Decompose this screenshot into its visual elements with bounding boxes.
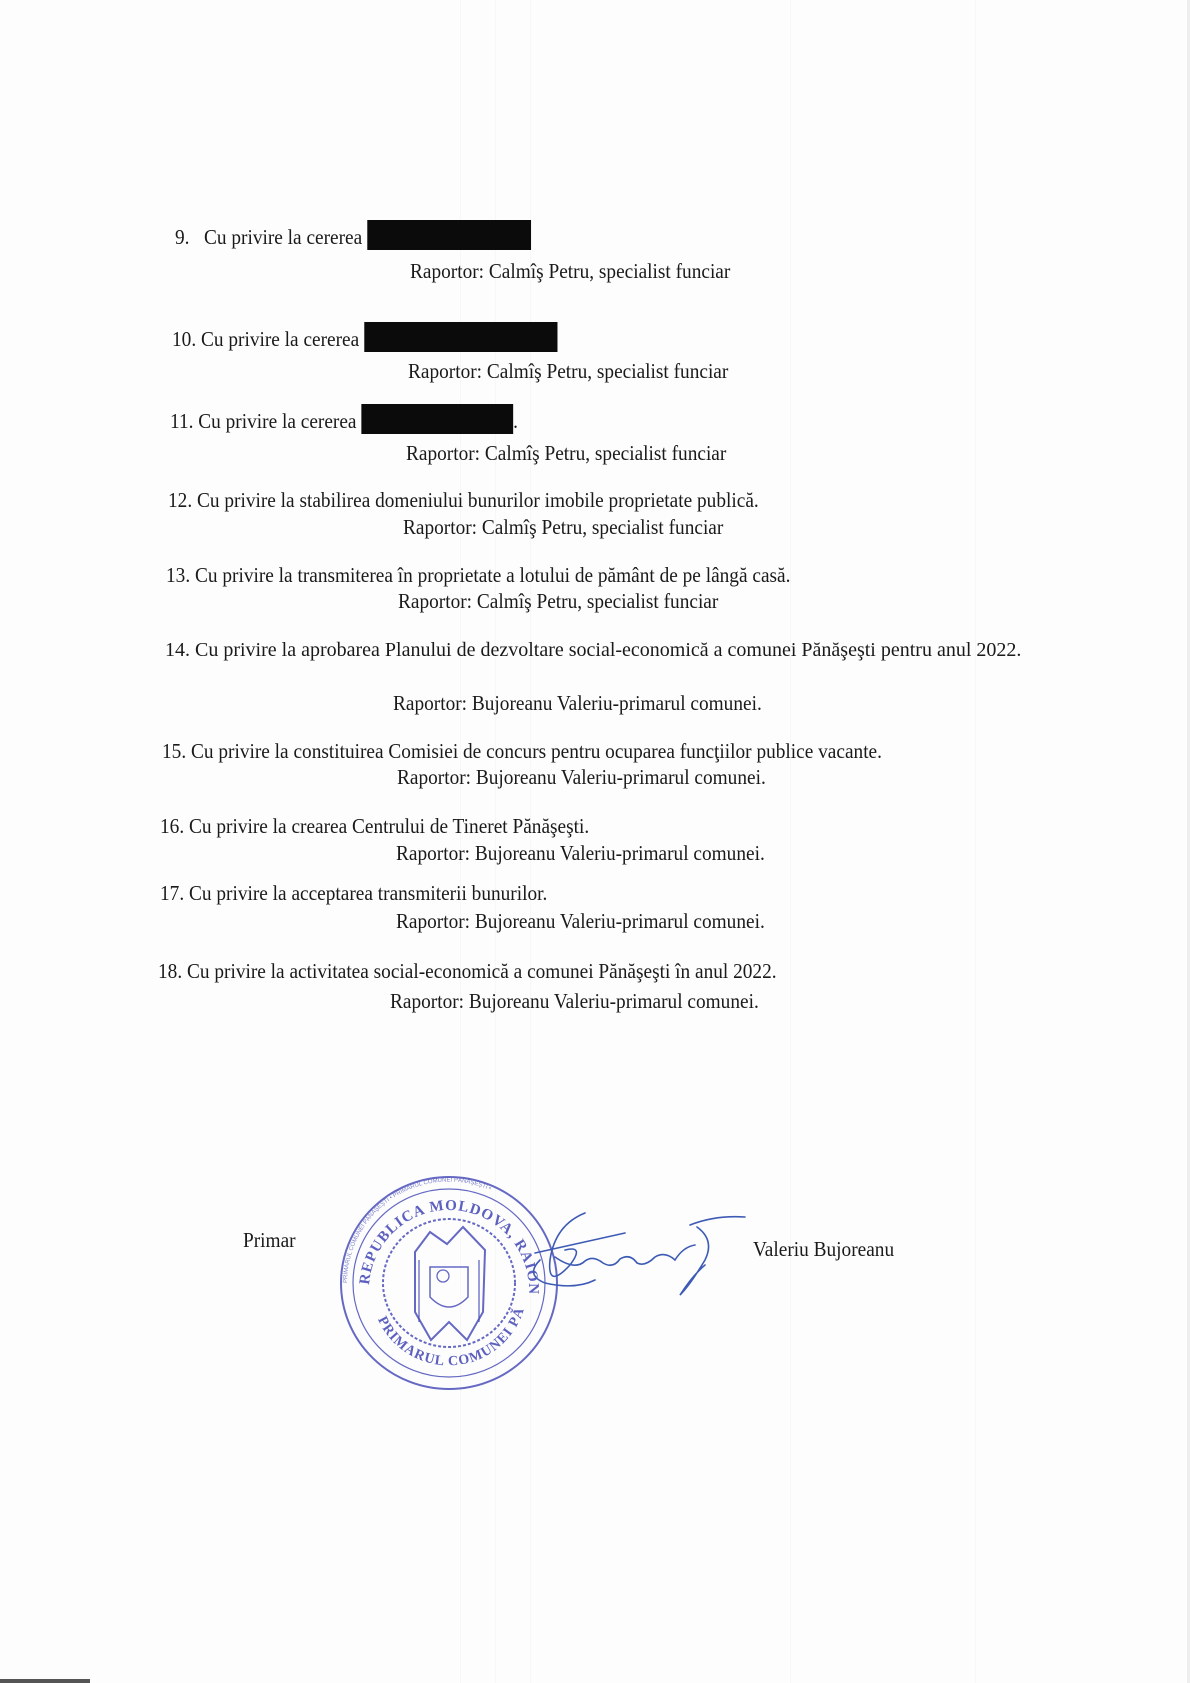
item-text: Cu privire la transmiterea în proprietat… <box>195 563 790 587</box>
agenda-item-15: 15. Cu privire la constituirea Comisiei … <box>162 738 882 764</box>
raportor-11: Raportor: Calmîş Petru, specialist funci… <box>406 440 726 466</box>
item-number: 16. <box>160 814 184 838</box>
raportor-12: Raportor: Calmîş Petru, specialist funci… <box>403 514 723 540</box>
handwritten-signature <box>515 1205 755 1305</box>
raportor-17: Raportor: Bujoreanu Valeriu-primarul com… <box>396 908 765 934</box>
item-text: Cu privire la aprobarea Planului de dezv… <box>195 639 1021 661</box>
agenda-item-16: 16. Cu privire la crearea Centrului de T… <box>160 813 589 839</box>
raportor-18: Raportor: Bujoreanu Valeriu-primarul com… <box>390 988 759 1014</box>
item-text: Cu privire la acceptarea transmiterii bu… <box>189 881 547 905</box>
item-number: 18. <box>158 959 182 983</box>
raportor-9: Raportor: Calmîş Petru, specialist funci… <box>410 258 730 284</box>
agenda-item-13: 13. Cu privire la transmiterea în propri… <box>166 562 790 588</box>
document-page: 9. Cu privire la cererea Raportor: Calmî… <box>0 0 1190 1683</box>
item-number: 15. <box>162 739 186 763</box>
item-text: Cu privire la constituirea Comisiei de c… <box>191 739 882 763</box>
item-number: 11. <box>170 409 193 433</box>
item-number: 14. <box>165 639 190 661</box>
raportor-16: Raportor: Bujoreanu Valeriu-primarul com… <box>396 840 765 866</box>
signatory-name: Valeriu Bujoreanu <box>753 1237 894 1262</box>
agenda-item-9: 9. Cu privire la cererea <box>175 220 531 250</box>
item-number: 10. <box>172 327 196 351</box>
item-number: 12. <box>168 488 192 512</box>
item-text: Cu privire la cererea <box>198 409 356 433</box>
redacted-name <box>361 404 513 434</box>
raportor-15: Raportor: Bujoreanu Valeriu-primarul com… <box>397 764 766 790</box>
agenda-item-17: 17. Cu privire la acceptarea transmiteri… <box>160 880 547 906</box>
item-number: 17. <box>160 881 184 905</box>
redacted-name <box>367 220 531 250</box>
item-text: Cu privire la crearea Centrului de Tiner… <box>189 814 589 838</box>
agenda-item-14: 14. Cu privire la aprobarea Planului de … <box>165 638 1045 662</box>
svg-text:REPUBLICA MOLDOVA, RAIONUL STR: REPUBLICA MOLDOVA, RAIONUL STRĂŞENI <box>335 1172 541 1295</box>
agenda-item-10: 10. Cu privire la cererea <box>172 322 557 352</box>
raportor-13: Raportor: Calmîş Petru, specialist funci… <box>398 588 718 614</box>
scan-artifact <box>0 1679 90 1683</box>
redacted-name <box>364 322 557 352</box>
agenda-item-12: 12. Cu privire la stabilirea domeniului … <box>168 487 759 513</box>
item-number: 13. <box>166 563 190 587</box>
item-text: Cu privire la cererea <box>204 225 362 249</box>
item-number: 9. <box>175 225 189 249</box>
agenda-item-18: 18. Cu privire la activitatea social-eco… <box>158 958 777 984</box>
agenda-item-11: 11. Cu privire la cererea . <box>170 404 518 434</box>
item-text: Cu privire la stabilirea domeniului bunu… <box>197 488 759 512</box>
item-text: Cu privire la activitatea social-economi… <box>187 959 777 983</box>
raportor-14: Raportor: Bujoreanu Valeriu-primarul com… <box>393 690 762 716</box>
signatory-title: Primar <box>243 1228 296 1253</box>
raportor-10: Raportor: Calmîş Petru, specialist funci… <box>408 358 728 384</box>
item-text: Cu privire la cererea <box>201 327 359 351</box>
